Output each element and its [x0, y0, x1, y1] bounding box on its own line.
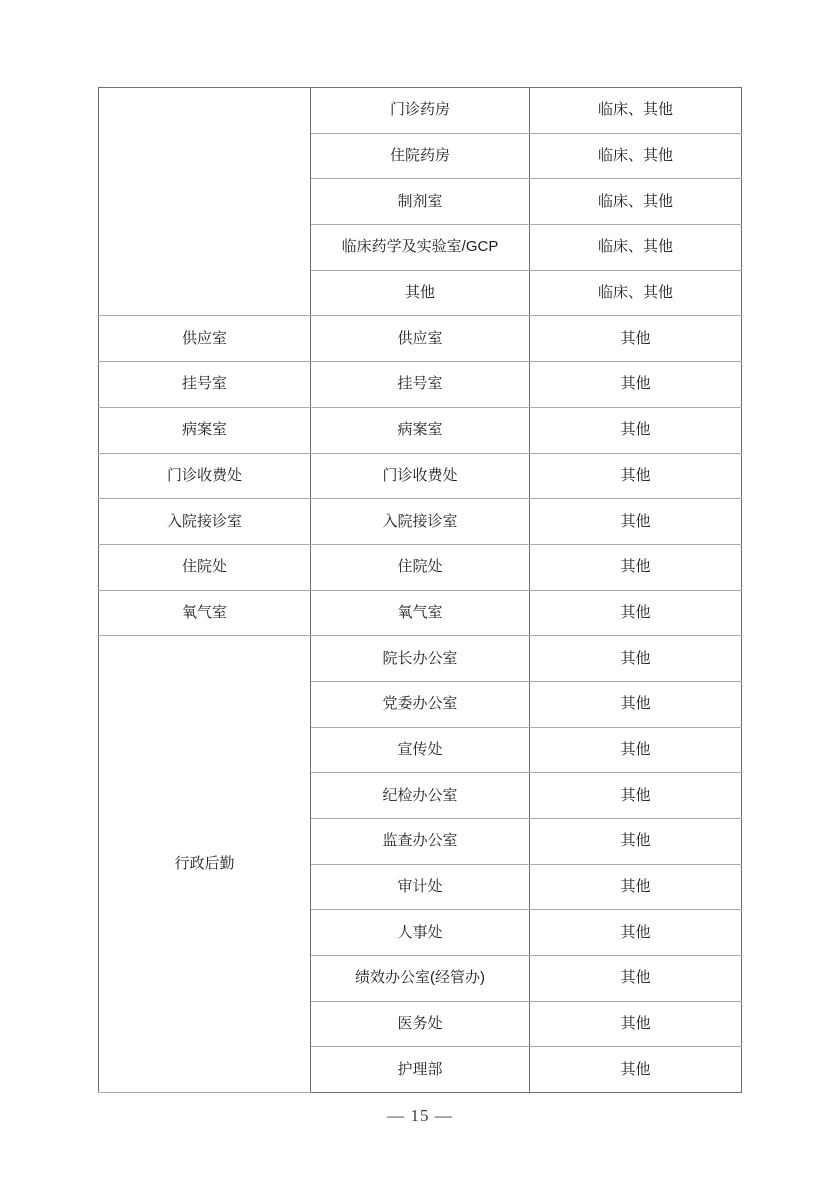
- category-cell: 门诊收费处: [99, 453, 311, 499]
- department-cell: 氧气室: [311, 590, 530, 636]
- table-row: 氧气室氧气室其他: [99, 590, 742, 636]
- category-cell: 行政后勤: [99, 636, 311, 1093]
- category-cell: 挂号室: [99, 362, 311, 408]
- department-cell: 绩效办公室(经管办): [311, 956, 530, 1002]
- classification-cell: 其他: [530, 316, 742, 362]
- classification-cell: 临床、其他: [530, 133, 742, 179]
- classification-cell: 其他: [530, 956, 742, 1002]
- classification-cell: 其他: [530, 681, 742, 727]
- table-row: 入院接诊室入院接诊室其他: [99, 499, 742, 545]
- department-classification-table: 门诊药房临床、其他住院药房临床、其他制剂室临床、其他临床药学及实验室/GCP临床…: [98, 87, 742, 1093]
- department-cell: 住院药房: [311, 133, 530, 179]
- department-cell: 制剂室: [311, 179, 530, 225]
- document-page: 门诊药房临床、其他住院药房临床、其他制剂室临床、其他临床药学及实验室/GCP临床…: [0, 0, 840, 1188]
- classification-cell: 临床、其他: [530, 270, 742, 316]
- table-row: 行政后勤院长办公室其他: [99, 636, 742, 682]
- classification-cell: 其他: [530, 773, 742, 819]
- classification-cell: 临床、其他: [530, 179, 742, 225]
- category-cell: 住院处: [99, 544, 311, 590]
- classification-cell: 其他: [530, 362, 742, 408]
- department-cell: 医务处: [311, 1001, 530, 1047]
- department-cell: 门诊药房: [311, 88, 530, 134]
- department-cell: 纪检办公室: [311, 773, 530, 819]
- category-cell: 供应室: [99, 316, 311, 362]
- classification-cell: 其他: [530, 407, 742, 453]
- table-row: 门诊药房临床、其他: [99, 88, 742, 134]
- classification-cell: 其他: [530, 636, 742, 682]
- table-row: 病案室病案室其他: [99, 407, 742, 453]
- classification-cell: 其他: [530, 727, 742, 773]
- classification-cell: 其他: [530, 864, 742, 910]
- table-row: 门诊收费处门诊收费处其他: [99, 453, 742, 499]
- department-cell: 党委办公室: [311, 681, 530, 727]
- department-cell: 宣传处: [311, 727, 530, 773]
- department-cell: 入院接诊室: [311, 499, 530, 545]
- page-number: — 15 —: [0, 1106, 840, 1126]
- classification-cell: 临床、其他: [530, 225, 742, 271]
- department-cell: 挂号室: [311, 362, 530, 408]
- classification-cell: 其他: [530, 499, 742, 545]
- category-cell: [99, 88, 311, 316]
- category-cell: 入院接诊室: [99, 499, 311, 545]
- classification-cell: 其他: [530, 910, 742, 956]
- category-cell: 病案室: [99, 407, 311, 453]
- classification-cell: 其他: [530, 1047, 742, 1093]
- department-cell: 病案室: [311, 407, 530, 453]
- department-cell: 临床药学及实验室/GCP: [311, 225, 530, 271]
- department-cell: 人事处: [311, 910, 530, 956]
- classification-cell: 其他: [530, 544, 742, 590]
- classification-cell: 其他: [530, 453, 742, 499]
- department-cell: 监查办公室: [311, 819, 530, 865]
- department-cell: 其他: [311, 270, 530, 316]
- table-row: 挂号室挂号室其他: [99, 362, 742, 408]
- category-cell: 氧气室: [99, 590, 311, 636]
- table-row: 供应室供应室其他: [99, 316, 742, 362]
- department-cell: 院长办公室: [311, 636, 530, 682]
- department-cell: 护理部: [311, 1047, 530, 1093]
- department-cell: 供应室: [311, 316, 530, 362]
- department-cell: 住院处: [311, 544, 530, 590]
- department-cell: 审计处: [311, 864, 530, 910]
- classification-cell: 其他: [530, 819, 742, 865]
- classification-cell: 临床、其他: [530, 88, 742, 134]
- table-row: 住院处住院处其他: [99, 544, 742, 590]
- classification-cell: 其他: [530, 590, 742, 636]
- table-body: 门诊药房临床、其他住院药房临床、其他制剂室临床、其他临床药学及实验室/GCP临床…: [99, 88, 742, 1093]
- department-cell: 门诊收费处: [311, 453, 530, 499]
- classification-cell: 其他: [530, 1001, 742, 1047]
